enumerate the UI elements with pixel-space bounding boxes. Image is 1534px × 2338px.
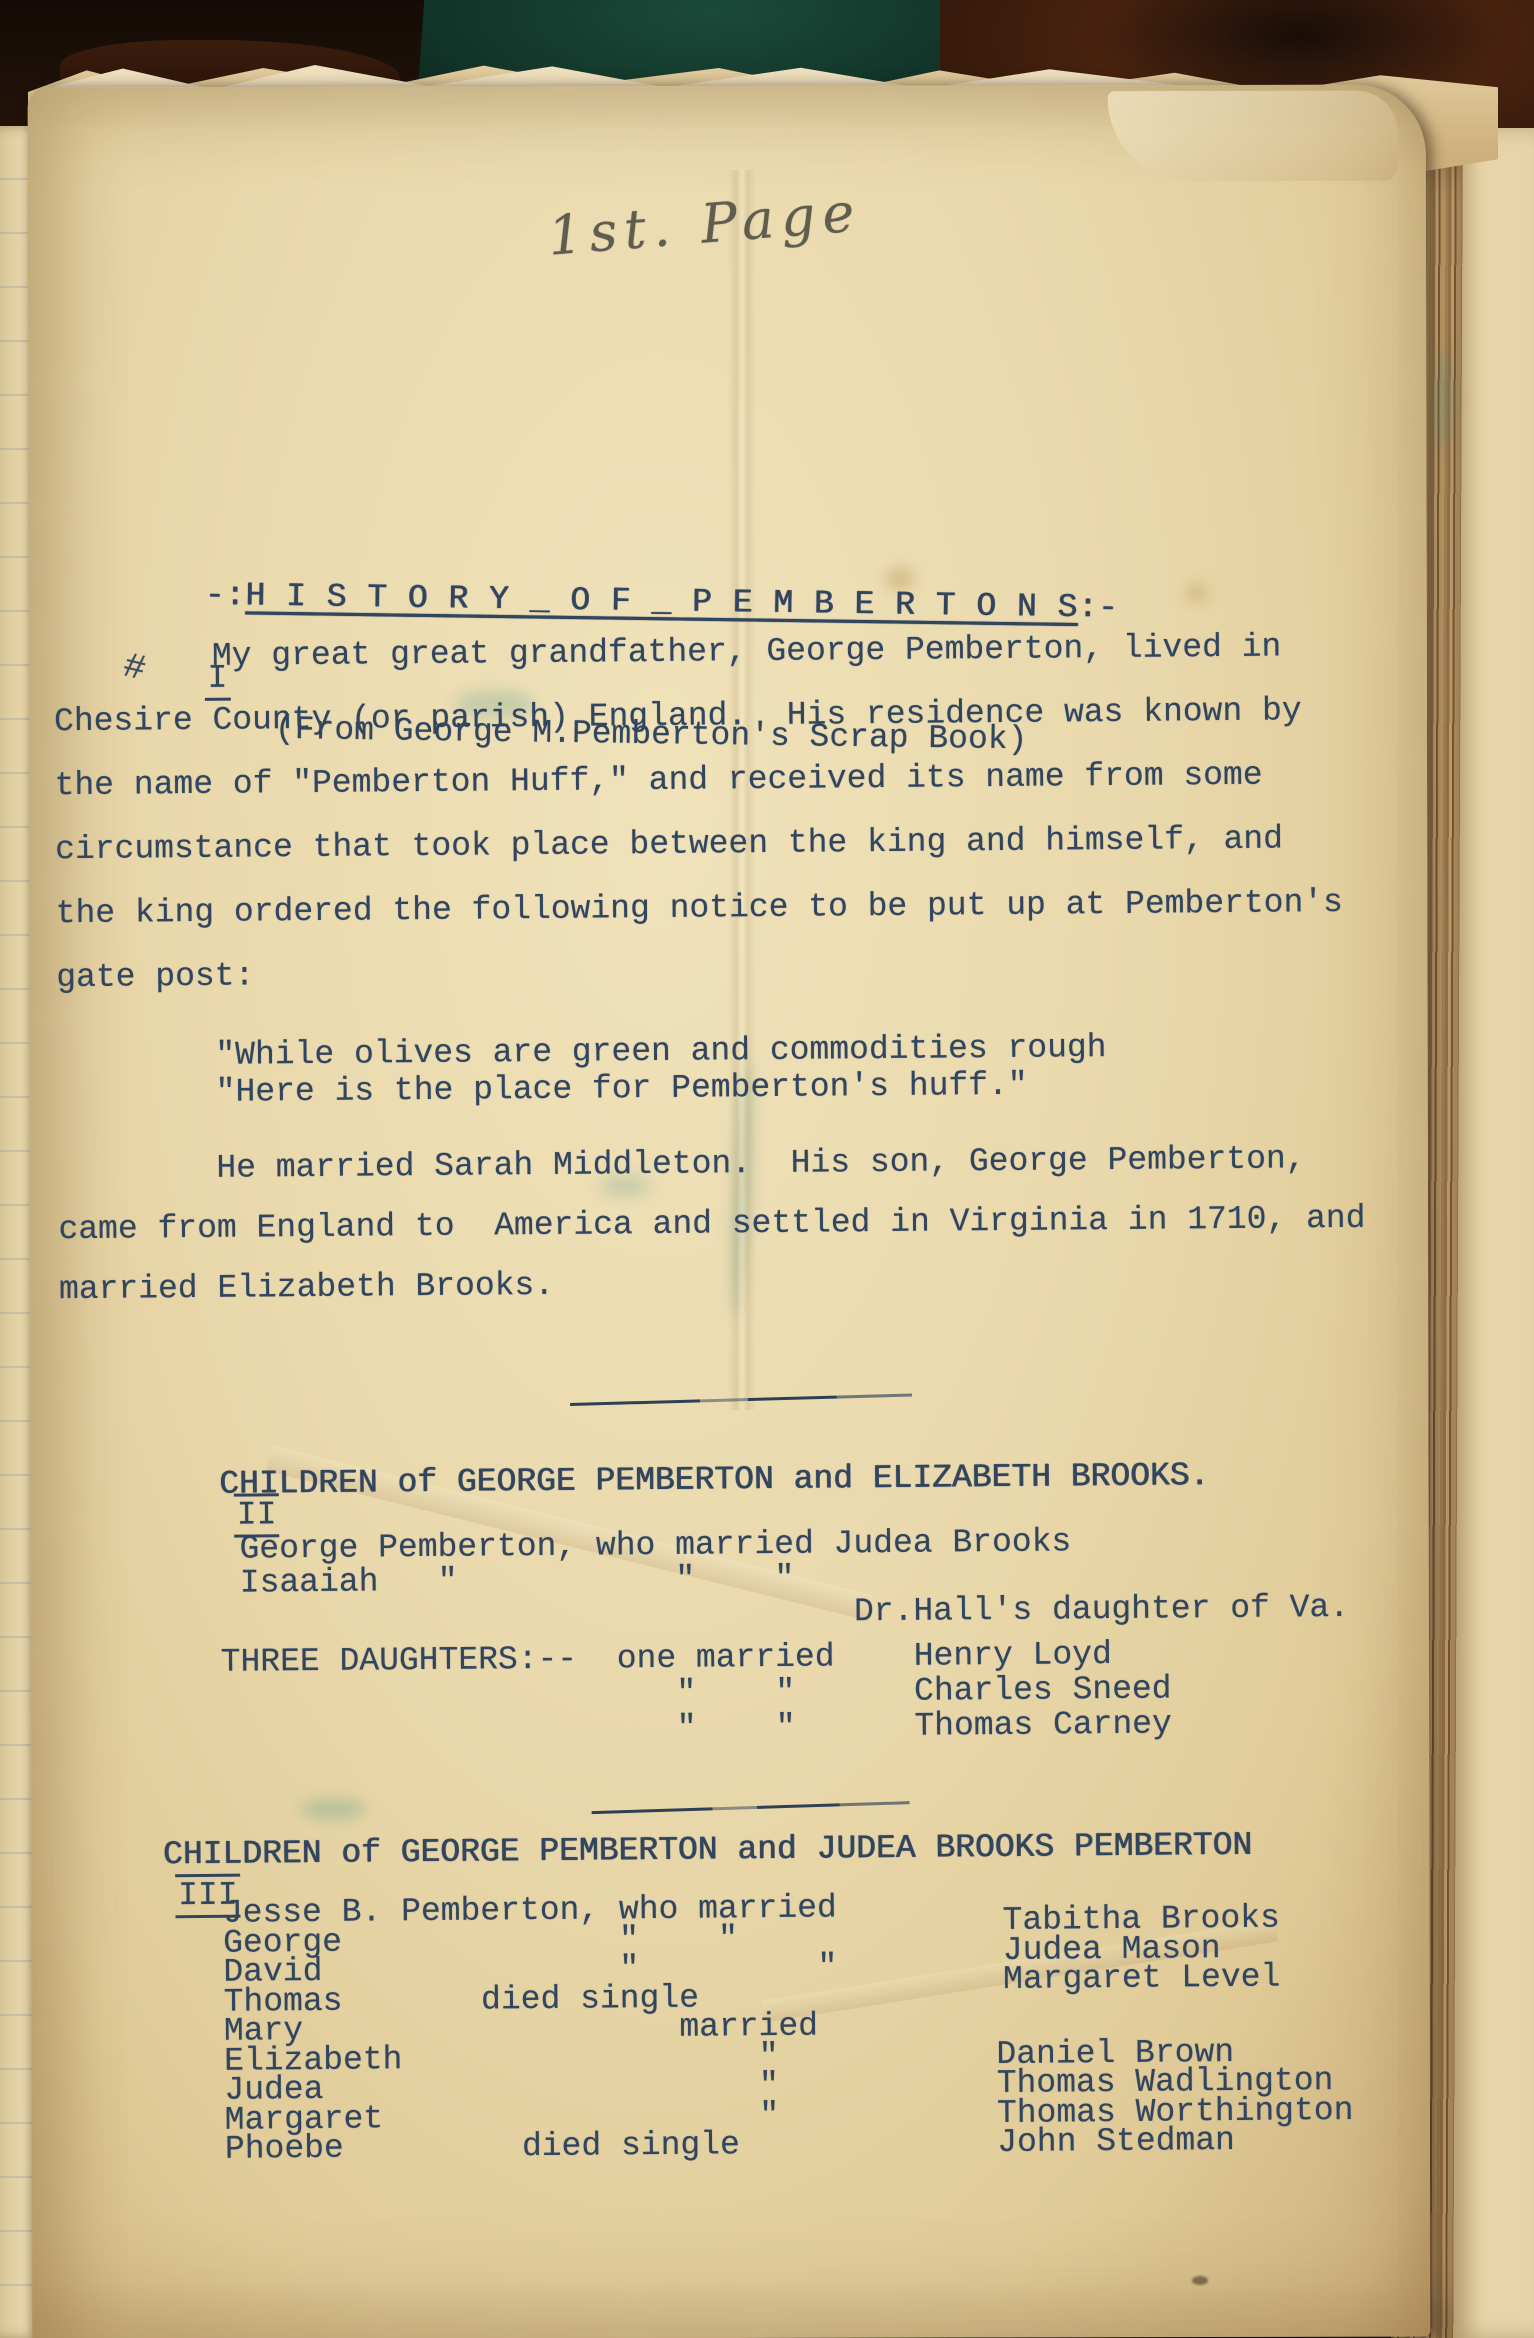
divider-rule bbox=[592, 1801, 910, 1814]
paragraph-line: the king ordered the following notice to… bbox=[55, 871, 1343, 946]
paragraph-line: married Elizabeth Brooks. bbox=[59, 1249, 1366, 1320]
paragraph-two: He married Sarah Middleton. His son, Geo… bbox=[58, 1129, 1367, 1320]
section-two-daughters: THREE DAUGHTERS:-- one married Henry Loy… bbox=[62, 1636, 1172, 1751]
paragraph-line: My great great grandfather, George Pembe… bbox=[53, 615, 1341, 690]
paragraph-line: came from England to America and settled… bbox=[58, 1189, 1365, 1260]
handwritten-page-note: 1st. Page bbox=[546, 180, 864, 267]
typed-content: 1st. Page # -:H I S T O R Y _ O F _ P E … bbox=[0, 0, 1534, 2338]
scrapbook-photo: 1st. Page # -:H I S T O R Y _ O F _ P E … bbox=[0, 0, 1534, 2338]
paragraph-line: He married Sarah Middleton. His son, Geo… bbox=[58, 1129, 1365, 1200]
family-row: Phoebe died single John Stedman bbox=[66, 2125, 1353, 2166]
section-three-heading: CHILDREN of GEORGE PEMBERTON and JUDEA B… bbox=[64, 1826, 1253, 1876]
verse-line: "Here is the place for Pemberton's huff.… bbox=[57, 1066, 1107, 1112]
section-two-family: George Pemberton, who married Judea Broo… bbox=[61, 1523, 1349, 1636]
title-prefix: -: bbox=[205, 577, 246, 615]
family-row: " " Thomas Carney bbox=[63, 1706, 1172, 1751]
divider-rule bbox=[570, 1393, 912, 1406]
paragraph-line: gate post: bbox=[56, 935, 1344, 1010]
spouse-name: Margaret Level bbox=[1003, 1963, 1280, 1995]
paragraph-line: the name of "Pemberton Huff," and receiv… bbox=[54, 743, 1342, 818]
paragraph-one: My great great grandfather, George Pembe… bbox=[53, 615, 1344, 1010]
paragraph-line: Chesire County (or parish) England. His … bbox=[54, 679, 1342, 754]
family-row: Dr.Hall's daughter of Va. bbox=[62, 1591, 1349, 1636]
gatepost-verse: "While olives are green and commodities … bbox=[57, 1029, 1107, 1112]
section-three-spouses: Tabitha BrooksJudea MasonMargaret Level bbox=[1002, 1904, 1280, 1995]
paragraph-line: circumstance that took place between the… bbox=[55, 807, 1343, 882]
